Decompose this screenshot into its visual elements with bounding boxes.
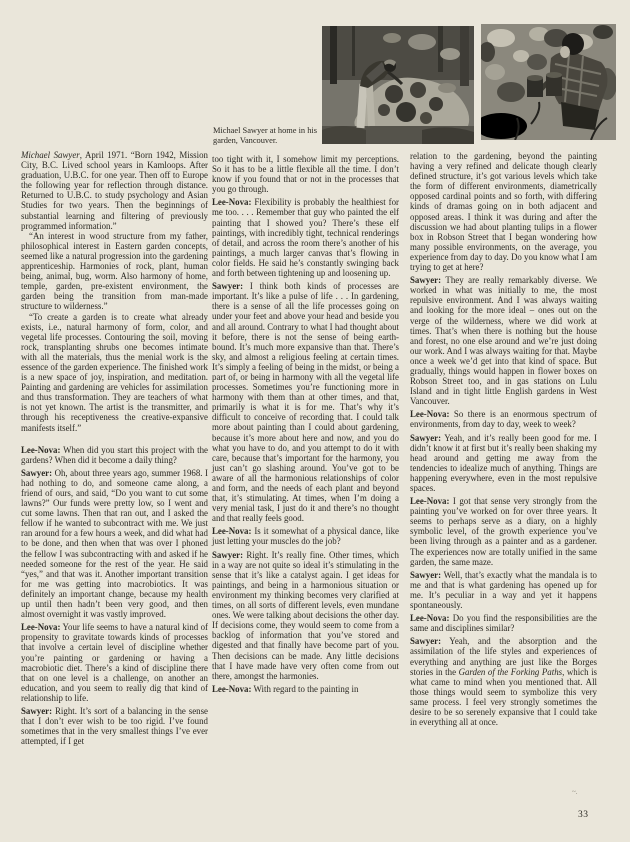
paragraph-text: Oh, about three years ago, summer 1968. …	[21, 468, 208, 619]
paragraph: Sawyer: I think both kinds of processes …	[212, 281, 399, 523]
magazine-page: Michael Sawyer at home in his garden, Va…	[0, 0, 630, 842]
paragraph-text: “To create a garden is to create what al…	[21, 312, 208, 433]
paragraph-text: “An interest in wood structure from my f…	[21, 231, 208, 312]
paragraph-text: Flexibility is probably the healthiest f…	[212, 197, 399, 278]
speaker-label: Lee-Nova:	[410, 409, 449, 419]
paragraph: Lee-Nova: Do you find the responsibiliti…	[410, 613, 597, 633]
paragraph: “To create a garden is to create what al…	[21, 312, 208, 433]
italic-text: Michael Sawyer	[21, 150, 80, 160]
paragraph: Lee-Nova: Is it somewhat of a physical d…	[212, 526, 399, 546]
paragraph-text: I got that sense very strongly from the …	[410, 496, 597, 567]
paragraph: Sawyer: Oh, about three years ago, summe…	[21, 468, 208, 619]
photo-caption: Michael Sawyer at home in his garden, Va…	[213, 126, 331, 146]
end-mark: ~.	[572, 788, 578, 796]
photo-sawyer-crouching-pots-image	[481, 24, 616, 140]
speaker-label: Sawyer:	[21, 706, 52, 716]
paragraph-text: , April 1971. “Born 1942, Mission City, …	[21, 150, 208, 231]
paragraph: too tight with it, I somehow limit my pe…	[212, 154, 399, 194]
speaker-label: Sawyer:	[410, 636, 441, 646]
speaker-label: Sawyer:	[212, 550, 243, 560]
photo-sawyer-crouching-pots	[481, 24, 616, 140]
page-number: 33	[578, 810, 589, 820]
paragraph: Sawyer: Yeah, and the absorption and the…	[410, 636, 597, 727]
paragraph: Lee-Nova: I got that sense very strongly…	[410, 496, 597, 567]
speaker-label: Lee-Nova:	[21, 445, 60, 455]
paragraph: Lee-Nova: Flexibility is probably the he…	[212, 197, 399, 278]
paragraph-text: Right. It’s really fine. Other times, wh…	[212, 550, 399, 681]
speaker-label: Lee-Nova:	[212, 684, 251, 694]
speaker-label: Sawyer:	[212, 281, 243, 291]
paragraph-text: too tight with it, I somehow limit my pe…	[212, 154, 399, 194]
paragraph: Sawyer: Well, that’s exactly what the ma…	[410, 570, 597, 610]
paragraph: Sawyer: Yeah, and it’s really been good …	[410, 433, 597, 494]
photo-sawyer-working-rocks-image	[322, 26, 474, 144]
text-column-right: relation to the gardening, beyond the pa…	[410, 151, 597, 727]
paragraph-text: Your life seems to have a natural kind o…	[21, 622, 208, 703]
speaker-label: Lee-Nova:	[212, 526, 251, 536]
paragraph: Sawyer: They are really remarkably diver…	[410, 275, 597, 406]
paragraph-text: They are really remarkably diverse. We w…	[410, 275, 597, 406]
paragraph-text: relation to the gardening, beyond the pa…	[410, 151, 597, 272]
paragraph: Lee-Nova: So there is an enormous spectr…	[410, 409, 597, 429]
paragraph-text: With regard to the painting in	[251, 684, 358, 694]
speaker-label: Sawyer:	[21, 468, 52, 478]
speaker-label: Lee-Nova:	[410, 613, 449, 623]
paragraph: Lee-Nova: With regard to the painting in	[212, 684, 399, 694]
speaker-label: Lee-Nova:	[212, 197, 251, 207]
text-column-middle: too tight with it, I somehow limit my pe…	[212, 154, 399, 694]
paragraph: Sawyer: Right. It’s sort of a balancing …	[21, 706, 208, 746]
paragraph: “An interest in wood structure from my f…	[21, 231, 208, 312]
photo-sawyer-working-rocks	[322, 26, 474, 144]
paragraph-text: I think both kinds of processes are impo…	[212, 281, 399, 523]
speaker-label: Lee-Nova:	[410, 496, 449, 506]
speaker-label: Sawyer:	[410, 275, 441, 285]
paragraph: Sawyer: Right. It’s really fine. Other t…	[212, 550, 399, 681]
paragraph: Lee-Nova: When did you start this projec…	[21, 445, 208, 465]
text-column-left: Michael Sawyer, April 1971. “Born 1942, …	[21, 150, 208, 746]
speaker-label: Lee-Nova:	[21, 622, 60, 632]
paragraph: Lee-Nova: Your life seems to have a natu…	[21, 622, 208, 703]
speaker-label: Sawyer:	[410, 570, 441, 580]
italic-text: Garden of the Forking Paths	[459, 667, 563, 677]
paragraph: relation to the gardening, beyond the pa…	[410, 151, 597, 272]
paragraph: Michael Sawyer, April 1971. “Born 1942, …	[21, 150, 208, 231]
speaker-label: Sawyer:	[410, 433, 441, 443]
